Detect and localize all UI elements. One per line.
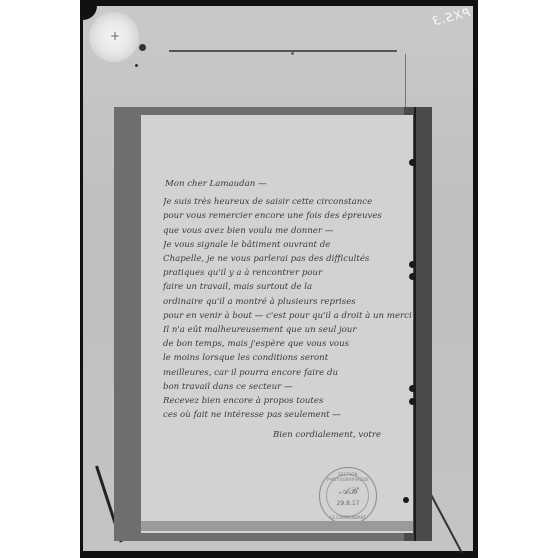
letter-line: meilleures, car il pourra encore faire d… xyxy=(163,366,413,380)
plate-spot xyxy=(291,52,294,55)
letter-salutation: Mon cher Lamaudan — xyxy=(165,177,413,191)
letter-sheet: Mon cher Lamaudan — Je suis très heureux… xyxy=(141,115,413,533)
mount-crease xyxy=(414,107,416,541)
plate-spot xyxy=(135,64,138,67)
letter-line: ces où fait ne intéresse pas seulement — xyxy=(163,408,413,422)
letter-line: ordinaire qu'il a montré à plusieurs rep… xyxy=(163,295,413,309)
document-mount: Mon cher Lamaudan — Je suis très heureux… xyxy=(114,107,432,541)
letter-line: que vous avez bien voulu me donner — xyxy=(163,224,413,238)
plate-emulsion: + PXS.3 Mon cher Lamaudan — Je suis xyxy=(83,6,473,551)
letter-line: Je suis très heureux de saisir cette cir… xyxy=(163,195,413,209)
scratch xyxy=(405,54,406,114)
glass-plate: + PXS.3 Mon cher Lamaudan — Je suis xyxy=(80,0,478,558)
punch-hole xyxy=(409,159,416,166)
stamp-date: 29.8.17 xyxy=(320,500,376,507)
letter-line: faire un travail, mais surtout de la xyxy=(163,280,413,294)
letter-line: pour en venir à bout — c'est pour qu'il … xyxy=(163,309,413,323)
backing-board-edge xyxy=(169,50,397,52)
stamp-bottom-text: LE COMMANDANT xyxy=(320,515,376,520)
sheet-bottom-shadow xyxy=(141,521,413,531)
letter-line: pratiques qu'il y a à rencontrer pour xyxy=(163,266,413,280)
letter-line: Je vous signale le bâtiment ouvrant de xyxy=(163,238,413,252)
glare-mark: + xyxy=(110,29,120,43)
punch-hole xyxy=(403,497,409,503)
letter-line: Chapelle, je ne vous parlerai pas des di… xyxy=(163,252,413,266)
plate-crack xyxy=(428,491,462,554)
letter-line: pour vous remercier encore une fois des … xyxy=(163,209,413,223)
official-stamp: SECTION PHOTOGRAPHIQUE 𝒜ℬ 29.8.17 LE COM… xyxy=(319,467,377,525)
plate-spot xyxy=(139,44,146,51)
stamp-signature: 𝒜ℬ xyxy=(320,486,376,497)
letter-line: de bon temps, mais j'espère que vous vou… xyxy=(163,337,413,351)
letter-line: bon travail dans ce secteur — xyxy=(163,380,413,394)
letter-line: Il n'a eût malheureusement que un seul j… xyxy=(163,323,413,337)
light-glare: + xyxy=(89,12,139,62)
letter-closing: Bien cordialement, votre xyxy=(273,428,413,442)
letter-line: Recevez bien encore à propos toutes xyxy=(163,394,413,408)
stamp-top-text: SECTION PHOTOGRAPHIQUE xyxy=(320,472,376,482)
handwritten-letter: Mon cher Lamaudan — Je suis très heureux… xyxy=(163,177,413,443)
plate-reference-number: PXS.3 xyxy=(430,5,472,28)
letter-line: le moins lorsque les conditions seront xyxy=(163,351,413,365)
plate-corner-chip xyxy=(83,6,97,20)
